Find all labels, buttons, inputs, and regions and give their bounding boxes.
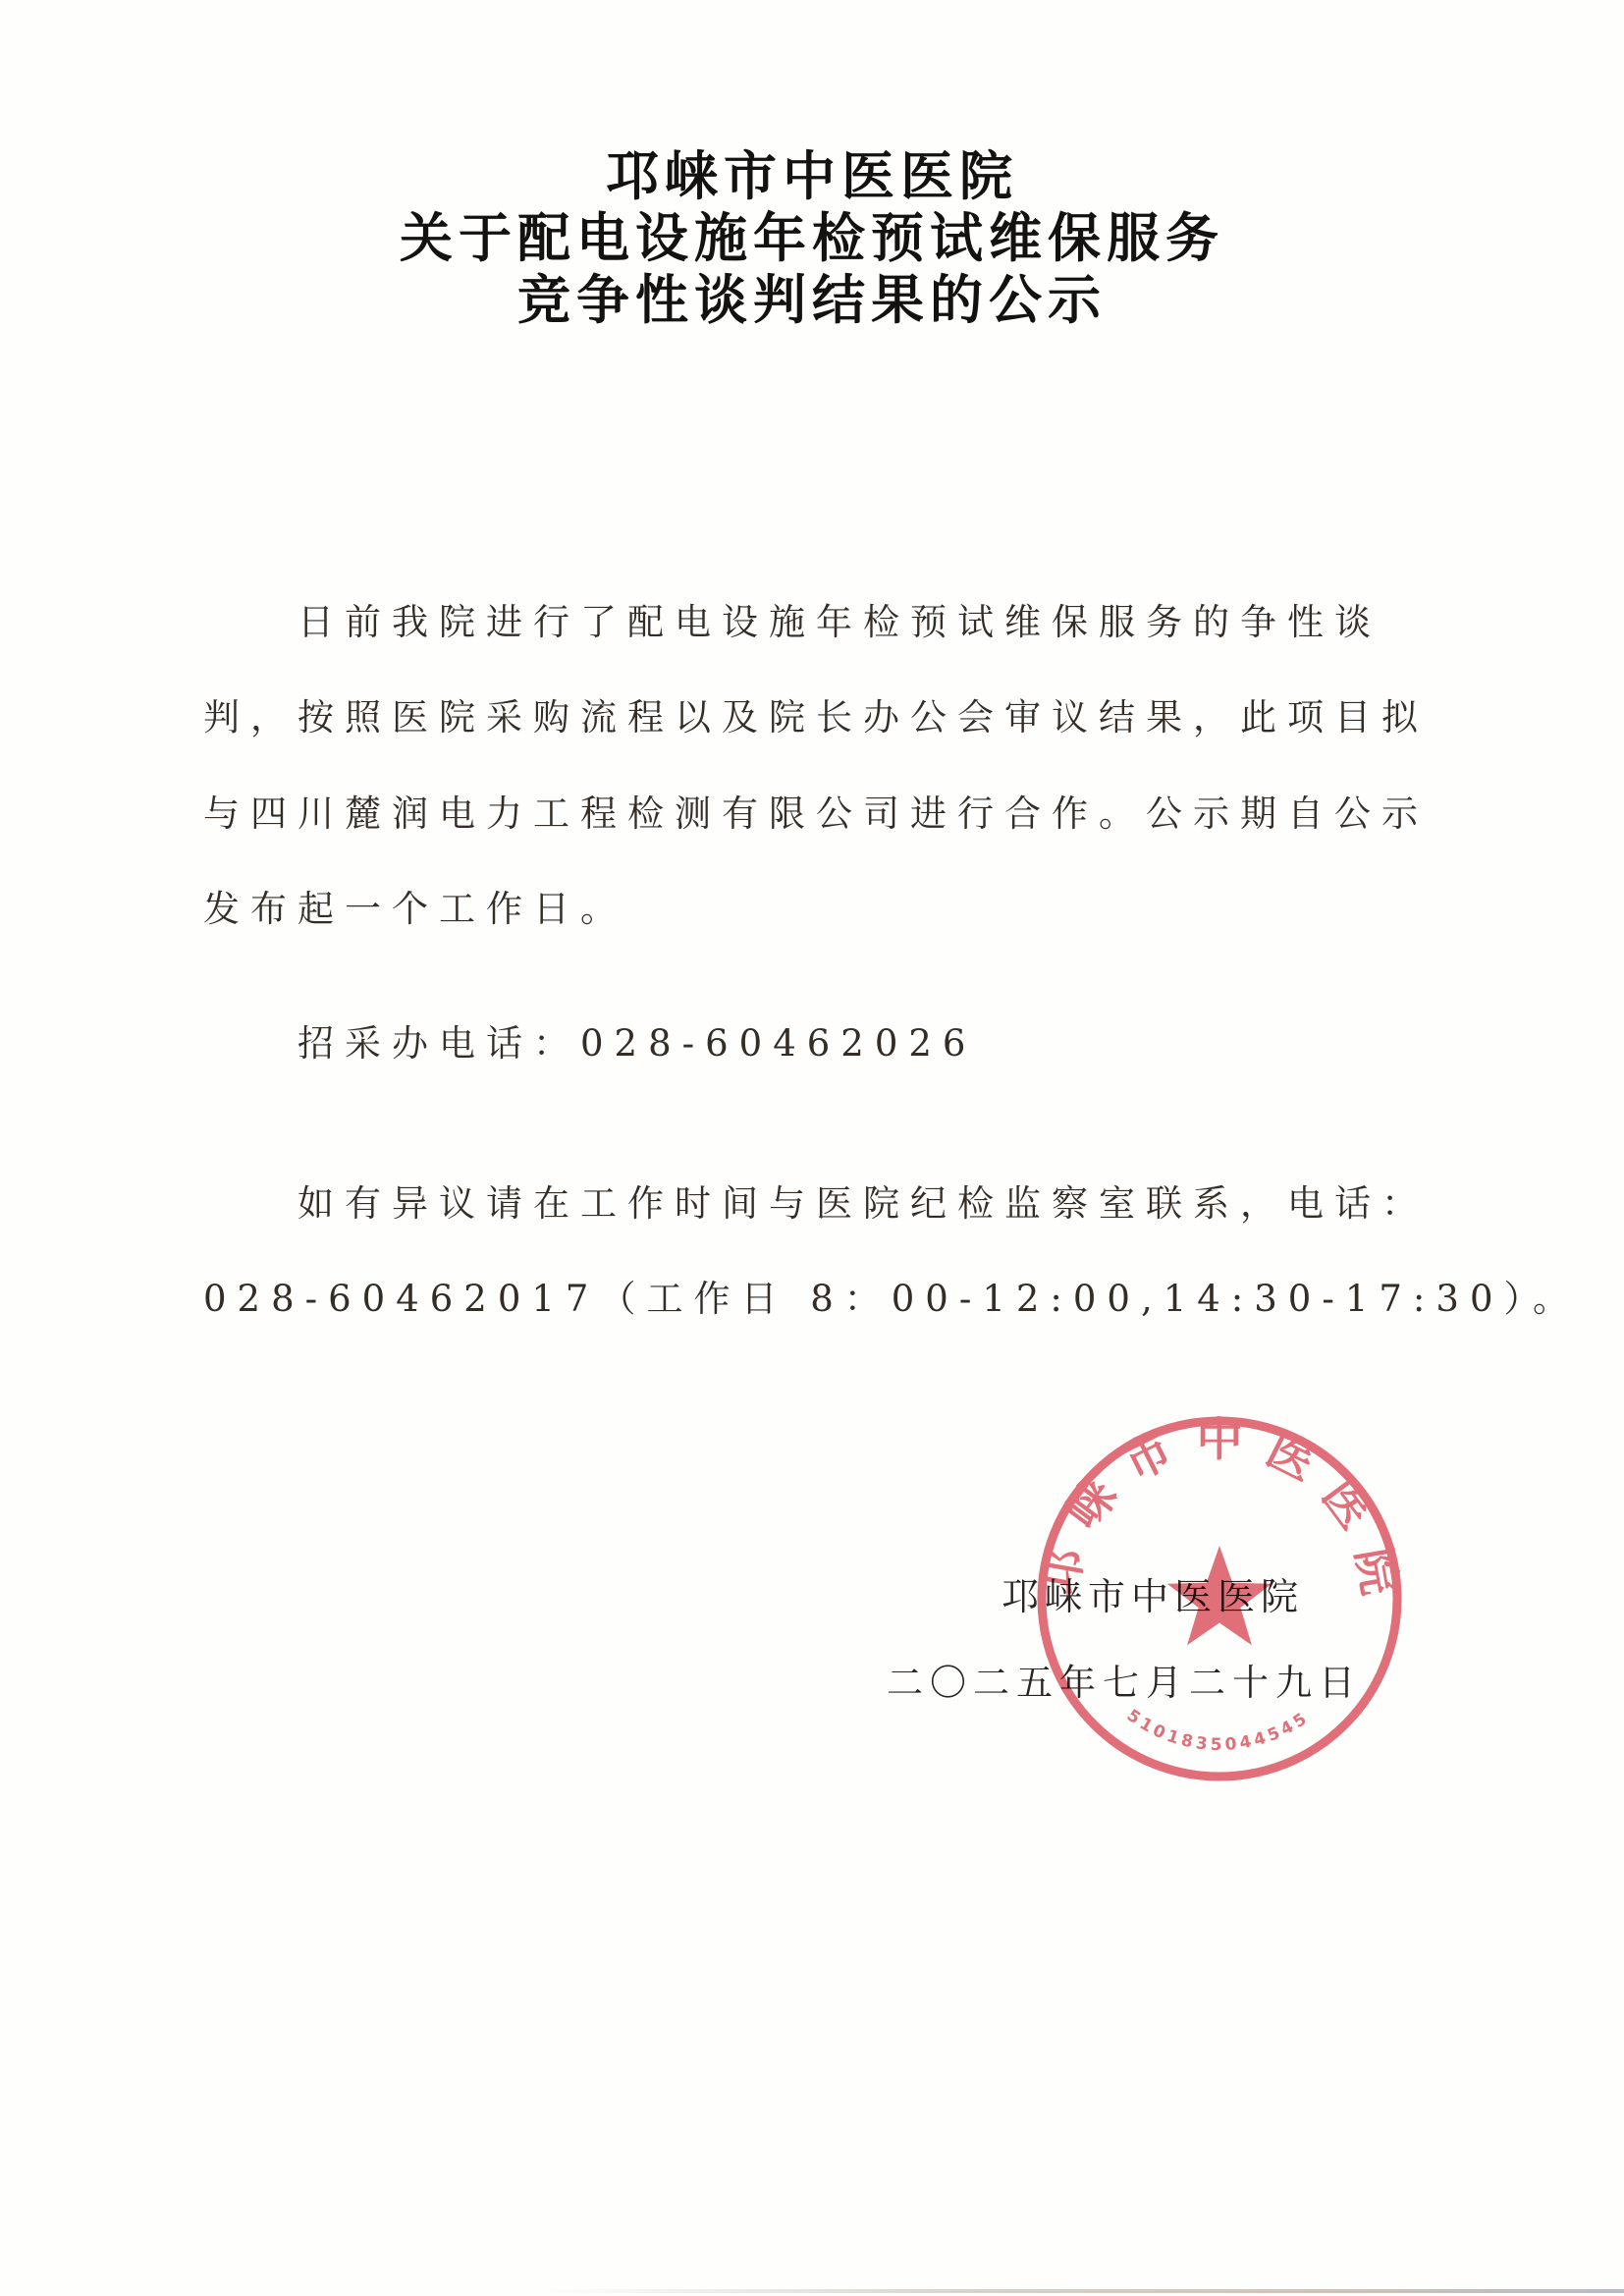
paragraph-2-line-1: 如有异议请在工作时间与医院纪检监察室联系，电话： (203, 1152, 1431, 1248)
document-title: 邛崃市中医医院 关于配电设施年检预试维保服务 竞争性谈判结果的公示 (0, 145, 1624, 331)
paragraph-1-line-3: 与四川麓润电力工程检测有限公司进行合作。公示期自公示 (203, 762, 1431, 858)
paragraph-2-line-2: 028-60462017（工作日 8：00-12:00,14:30-17:30）… (203, 1248, 1431, 1344)
scan-artifact-line (542, 2289, 1624, 2293)
title-line-3: 竞争性谈判结果的公示 (0, 269, 1624, 331)
title-line-1: 邛崃市中医医院 (0, 145, 1624, 207)
paragraph-1: 日前我院进行了配电设施年检预试维保服务的争性谈 判，按照医院采购流程以及院长办公… (203, 571, 1431, 954)
procurement-phone-line: 招采办电话：028-60462026 (203, 992, 1431, 1088)
title-line-2: 关于配电设施年检预试维保服务 (0, 207, 1624, 269)
signature-organization: 邛崃市中医医院 (1001, 1566, 1304, 1620)
procurement-phone-block: 招采办电话：028-60462026 (203, 992, 1431, 1088)
signature-date: 二〇二五年七月二十九日 (887, 1653, 1362, 1706)
seal-serial-number: 5101835044545 (1123, 1706, 1312, 1755)
paragraph-1-line-2: 判，按照医院采购流程以及院长办公会审议结果，此项目拟 (203, 667, 1431, 763)
paragraph-1-line-4: 发布起一个工作日。 (203, 858, 1431, 955)
document-page: 邛崃市中医医院 关于配电设施年检预试维保服务 竞争性谈判结果的公示 日前我院进行… (0, 0, 1624, 2296)
paragraph-2: 如有异议请在工作时间与医院纪检监察室联系，电话： 028-60462017（工作… (203, 1152, 1431, 1343)
paragraph-1-line-1: 日前我院进行了配电设施年检预试维保服务的争性谈 (203, 571, 1431, 667)
